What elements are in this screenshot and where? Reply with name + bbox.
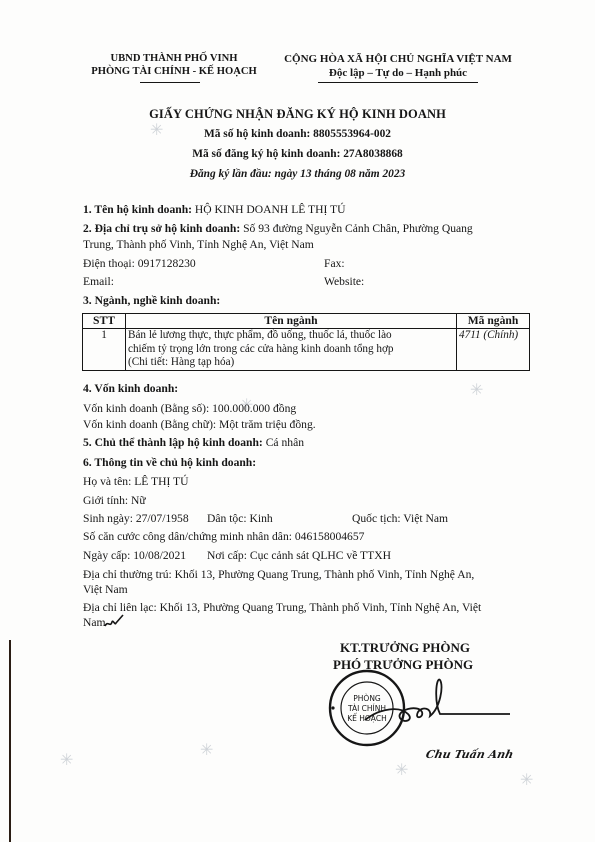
watermark-star-icon: ✳: [200, 740, 213, 760]
watermark-star-icon: ✳: [395, 760, 408, 780]
row-stt: 1: [83, 329, 126, 371]
handwritten-signature-icon: [360, 678, 520, 728]
signer-name: Chu Tuấn Anh: [425, 748, 515, 761]
col-code: Mã ngành: [457, 314, 530, 329]
initials-mark-icon: [104, 614, 124, 630]
table-header-row: STT Tên ngành Mã ngành: [83, 314, 530, 329]
row-name-line2: chiếm tỷ trọng lớn trong các cửa hàng ki…: [128, 343, 454, 357]
capital-number: Vốn kinh doanh (Bằng số): 100.000.000 đồ…: [83, 402, 296, 415]
section6-label: 6. Thông tin về chủ hộ kinh doanh:: [83, 456, 256, 469]
issuer-line1: UBND THÀNH PHỐ VINH: [86, 53, 262, 64]
row-name-line1: Bán lẻ lương thực, thực phẩm, đồ uống, t…: [128, 329, 454, 343]
owner-gender: Giới tính: Nữ: [83, 494, 146, 507]
nation-line2: Độc lập – Tự do – Hạnh phúc: [283, 67, 513, 79]
permanent-address-line1: Địa chỉ thường trú: Khối 13, Phường Quan…: [83, 568, 474, 581]
section-address: 2. Địa chỉ trụ sở hộ kinh doanh: Số 93 đ…: [83, 222, 473, 235]
col-stt: STT: [83, 314, 126, 329]
owner-nationality: Quốc tịch: Việt Nam: [352, 512, 448, 525]
registration-code: Mã số đăng ký hộ kinh doanh: 27A8038868: [0, 148, 595, 160]
watermark-star-icon: ✳: [520, 770, 533, 790]
phone: Điện thoại: 0917128230: [83, 257, 196, 270]
founder-value: Cá nhân: [263, 436, 304, 449]
id-issue-place: Nơi cấp: Cục cảnh sát QLHC về TTXH: [207, 549, 391, 562]
row-code: 4711 (Chính): [457, 329, 530, 371]
capital-words: Vốn kinh doanh (Bằng chữ): Một trăm triệ…: [83, 418, 316, 431]
owner-id-number: Số căn cước công dân/chứng minh nhân dân…: [83, 530, 364, 543]
owner-birth-date: Sinh ngày: 27/07/1958: [83, 512, 189, 525]
section2-label: 2. Địa chỉ trụ sở hộ kinh doanh:: [83, 222, 240, 235]
nation-block: CỘNG HÒA XÃ HỘI CHỦ NGHĨA VIỆT NAM Độc l…: [283, 53, 513, 79]
document-title: GIẤY CHỨNG NHẬN ĐĂNG KÝ HỘ KINH DOANH: [0, 107, 595, 122]
first-registration-date: Đăng ký lần đầu: ngày 13 tháng 08 năm 20…: [0, 168, 595, 180]
section1-label: 1. Tên hộ kinh doanh:: [83, 203, 192, 216]
contact-address-line2: Nam: [83, 616, 106, 629]
watermark-star-icon: ✳: [60, 750, 73, 770]
section5-label: 5. Chủ thể thành lập hộ kinh doanh:: [83, 436, 263, 449]
col-name: Tên ngành: [126, 314, 457, 329]
id-issue-date: Ngày cấp: 10/08/2021: [83, 549, 186, 562]
signature-title-line1: KT.TRƯỞNG PHÒNG: [340, 640, 470, 656]
nation-line1: CỘNG HÒA XÃ HỘI CHỦ NGHĨA VIỆT NAM: [283, 53, 513, 65]
business-lines-table: STT Tên ngành Mã ngành 1 Bán lẻ lương th…: [82, 313, 530, 371]
address-line1: Số 93 đường Nguyễn Cảnh Chân, Phường Qua…: [240, 222, 473, 235]
owner-full-name: Họ và tên: LÊ THỊ TÚ: [83, 475, 189, 488]
section3-label: 3. Ngành, nghề kinh doanh:: [83, 294, 220, 307]
address-line2: Trung, Thành phố Vinh, Tỉnh Nghệ An, Việ…: [83, 238, 314, 251]
nation-underline: [318, 82, 478, 83]
business-code: Mã số hộ kinh doanh: 8805553964-002: [0, 128, 595, 140]
website: Website:: [324, 275, 364, 288]
issuer-line2: PHÒNG TÀI CHÍNH - KẾ HOẠCH: [86, 66, 262, 77]
scan-edge: [9, 640, 11, 842]
section-business-name: 1. Tên hộ kinh doanh: HỘ KINH DOANH LÊ T…: [83, 203, 346, 216]
issuer-block: UBND THÀNH PHỐ VINH PHÒNG TÀI CHÍNH - KẾ…: [86, 53, 262, 77]
contact-address-line1: Địa chỉ liên lạc: Khối 13, Phường Quang …: [83, 601, 481, 614]
owner-ethnicity: Dân tộc: Kinh: [207, 512, 273, 525]
section4-label: 4. Vốn kinh doanh:: [83, 382, 178, 395]
row-name: Bán lẻ lương thực, thực phẩm, đồ uống, t…: [126, 329, 457, 371]
watermark-star-icon: ✳: [470, 380, 483, 400]
permanent-address-line2: Việt Nam: [83, 583, 128, 596]
fax: Fax:: [324, 257, 345, 270]
email: Email:: [83, 275, 114, 288]
issuer-underline: [140, 82, 200, 83]
table-row: 1 Bán lẻ lương thực, thực phẩm, đồ uống,…: [83, 329, 530, 371]
row-name-line3: (Chi tiết: Hàng tạp hóa): [128, 356, 454, 370]
business-name-value: HỘ KINH DOANH LÊ THỊ TÚ: [192, 203, 346, 216]
section-founder: 5. Chủ thể thành lập hộ kinh doanh: Cá n…: [83, 436, 304, 449]
